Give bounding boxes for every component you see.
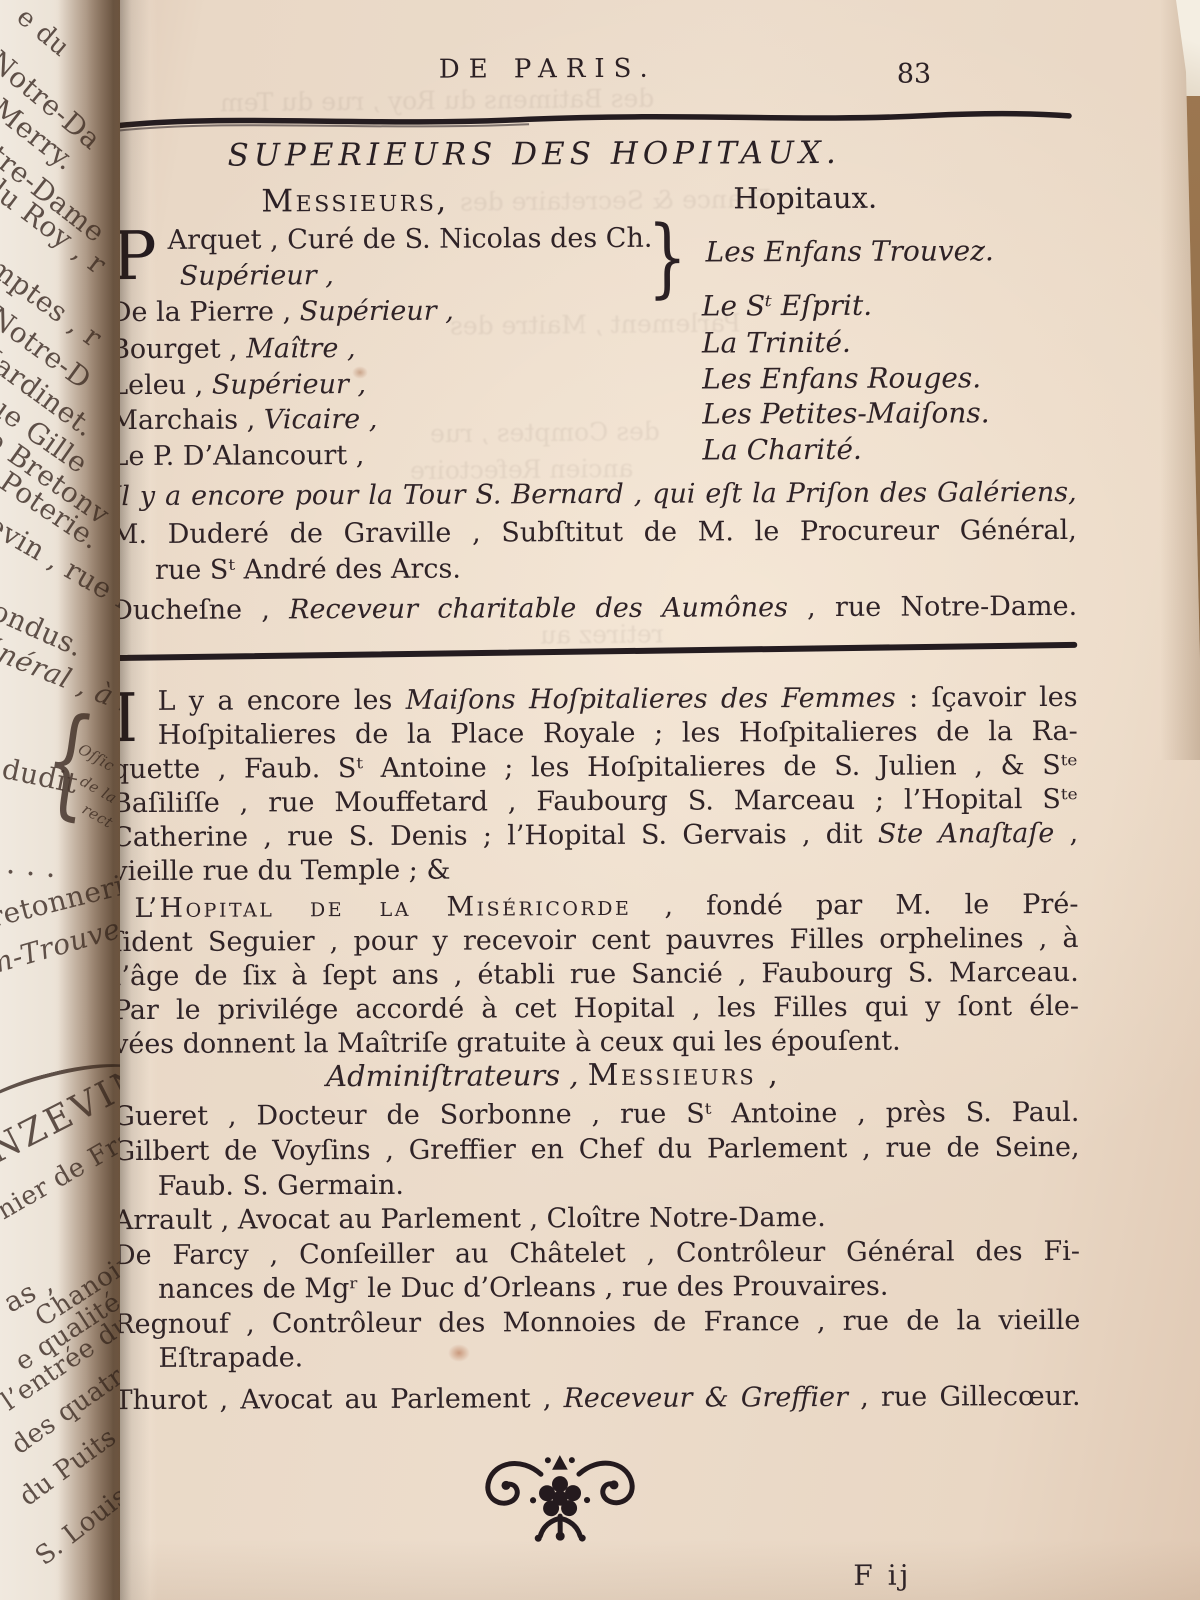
text-segment: Baſiliſſe , rue Mouffetard , Faubourg S.… bbox=[112, 784, 1078, 819]
book-page: des Batimens du Roy , rue du Tem France … bbox=[0, 0, 1200, 1600]
admin-heading: Adminiſtrateurs , Messieurs , bbox=[113, 1056, 993, 1095]
text-segment: vieille rue du Temple ; & bbox=[112, 855, 450, 887]
hospital-name: La Charité. bbox=[702, 433, 862, 467]
entry-name: Arquet , Curé de S. Nicolas des Ch. bbox=[167, 223, 652, 256]
section-rule bbox=[111, 640, 1077, 666]
admin-text: , rue Gillecœur. bbox=[848, 1381, 1081, 1413]
admin-text: Gueret , Docteur de Sorbonne , rue Sᵗ An… bbox=[113, 1097, 1079, 1132]
gathering-signature: F ij bbox=[853, 1559, 911, 1592]
paragraph-line: quette , Faub. Sᵗ Antoine ; les Hoſpital… bbox=[112, 749, 1078, 787]
admin-text-italic: Receveur & Greffier bbox=[563, 1382, 848, 1414]
column-header-messieurs: Messieurs, bbox=[261, 183, 448, 220]
entry-name: Leleu , bbox=[110, 370, 212, 401]
page-content: DE PARIS. 83 SUPERIEURS DES HOPITAUX. Me… bbox=[109, 0, 1082, 1600]
administrator-entry-cont: Eſtrapade. bbox=[114, 1341, 303, 1376]
entry-name: Le P. D’Alancourt , bbox=[110, 440, 364, 472]
paragraph-line: l’âge de ſix à ſept ans , établi rue San… bbox=[113, 956, 1079, 994]
person-name: Ducheſne , bbox=[111, 594, 289, 626]
entry-name: Bourget , bbox=[110, 334, 246, 366]
person-role: Receveur charitable des Aumônes bbox=[289, 592, 788, 625]
text-segment: , bbox=[1054, 818, 1078, 849]
text-segment: Par le privilége accordé à cet Hopital ,… bbox=[113, 991, 1079, 1026]
text-segment: L y a encore les bbox=[157, 685, 405, 717]
brace-glyph: } bbox=[647, 218, 687, 298]
text-segment: l’âge de ſix à ſept ans , établi rue San… bbox=[113, 957, 1079, 992]
facing-page-text: . . . bbox=[5, 846, 58, 885]
administrator-entry-cont: Faub. S. Germain. bbox=[114, 1169, 404, 1204]
text-segment: Hoſpitalieres de la Place Royale ; les H… bbox=[158, 716, 1078, 751]
note-tour-bernard: Il y a encore pour la Tour S. Bernard , … bbox=[111, 476, 1077, 514]
hospital-name: Les Petites-Maiſons. bbox=[702, 396, 989, 430]
paragraph-line: L’Hopital de la Miséricorde , fondé par … bbox=[112, 888, 1078, 926]
running-title: DE PARIS. bbox=[439, 54, 657, 85]
hospital-name: Le Sᵗ Eſprit. bbox=[702, 289, 872, 323]
admin-text: Gilbert de Voyſins , Greffier en Chef du… bbox=[113, 1132, 1079, 1167]
text-segment-italic: Ste Anaſtaſe bbox=[878, 818, 1055, 850]
text-segment: : ſçavoir les bbox=[896, 682, 1078, 714]
entry-role: Supérieur , bbox=[212, 369, 366, 401]
admin-text: Regnouf , Contrôleur des Monnoies de Fra… bbox=[114, 1305, 1080, 1340]
paragraph-line: L y a encore les Maiſons Hoſpitalieres d… bbox=[111, 681, 1077, 719]
text-segment: quette , Faub. Sᵗ Antoine ; les Hoſpital… bbox=[112, 750, 1078, 785]
paragraph-line: vieille rue du Temple ; & bbox=[112, 851, 1078, 889]
entry-role: Vicaire , bbox=[264, 404, 378, 435]
page-edge-shade bbox=[1160, 0, 1200, 760]
paragraph-line: Baſiliſſe , rue Mouffetard , Faubourg S.… bbox=[112, 783, 1078, 821]
note-address: rue Sᵗ André des Arcs. bbox=[111, 553, 461, 589]
administrator-entry: Arrault , Avocat au Parlement , Cloître … bbox=[114, 1200, 1080, 1238]
text-segment: ſident Seguier , pour y recevoir cent pa… bbox=[113, 923, 1079, 958]
facing-page-text: e du bbox=[11, 2, 76, 63]
entry-name: Marchais , bbox=[110, 404, 264, 436]
note-duchesne: Ducheſne , Receveur charitable des Aumôn… bbox=[111, 590, 1077, 628]
note-text: M. Duderé de Graville , Subſtitut de M. … bbox=[111, 515, 1077, 550]
book-photo: des Batimens du Roy , rue du Tem France … bbox=[0, 0, 1200, 1600]
entry-superior: Leleu , Supérieur , bbox=[110, 368, 366, 403]
admin-heading-italic: Adminiſtrateurs , bbox=[326, 1058, 588, 1093]
fleuron-ornament bbox=[475, 1448, 645, 1545]
administrator-entry: Gilbert de Voyſins , Greffier en Chef du… bbox=[113, 1131, 1079, 1169]
person-address: , rue Notre-Dame. bbox=[788, 591, 1077, 623]
hospital-name: Les Enfans Rouges. bbox=[702, 361, 981, 395]
section-title: SUPERIEURS DES HOPITAUX. bbox=[109, 134, 959, 174]
header-rule bbox=[109, 102, 1075, 136]
paragraph-line: Par le privilége accordé à cet Hopital ,… bbox=[113, 990, 1079, 1028]
paragraph-line: Hoſpitalieres de la Place Royale ; les H… bbox=[112, 715, 1078, 753]
facing-page-edge: e du Notre-Da Merry. otre-Dame du Roy , … bbox=[0, 0, 120, 1600]
text-segment: , fondé par M. le Pré- bbox=[631, 889, 1078, 922]
text-segment-smallcaps: L’Hopital de la Miséricorde bbox=[134, 891, 631, 924]
administrator-entry: Regnouf , Contrôleur des Monnoies de Fra… bbox=[114, 1304, 1080, 1342]
administrator-entry: Thurot , Avocat au Parlement , Receveur … bbox=[115, 1380, 1081, 1418]
entry-superior: Arquet , Curé de S. Nicolas des Ch. bbox=[167, 222, 652, 258]
admin-text: Arrault , Avocat au Parlement , Cloître … bbox=[114, 1202, 826, 1236]
entry-role: Supérieur , bbox=[180, 259, 334, 294]
entry-superior: Bourget , Maître , bbox=[110, 332, 356, 367]
entry-name: De la Pierre , bbox=[110, 296, 300, 328]
hospital-name: La Trinité. bbox=[702, 326, 851, 360]
admin-text: Thurot , Avocat au Parlement , bbox=[115, 1383, 564, 1416]
text-segment: vées donnent la Maîtriſe gratuite à ceux… bbox=[113, 1026, 901, 1060]
note-dudere: M. Duderé de Graville , Subſtitut de M. … bbox=[111, 514, 1077, 552]
administrator-entry: De Farcy , Conſeiller au Châtelet , Cont… bbox=[114, 1235, 1080, 1273]
admin-heading-caps: Messieurs , bbox=[588, 1057, 781, 1093]
entry-superior: De la Pierre , Supérieur , bbox=[110, 295, 454, 331]
entry-role: Supérieur , bbox=[300, 296, 454, 328]
note-text: Il y a encore pour la Tour S. Bernard , … bbox=[111, 477, 1077, 512]
entry-superior: Marchais , Vicaire , bbox=[110, 403, 377, 438]
entry-role: Maître , bbox=[246, 333, 355, 364]
administrator-entry-cont: nances de Mgʳ le Duc d’Orleans , rue des… bbox=[114, 1270, 888, 1307]
administrator-entry: Gueret , Docteur de Sorbonne , rue Sᵗ An… bbox=[113, 1096, 1079, 1134]
text-segment-italic: Maiſons Hoſpitalieres des Femmes bbox=[406, 683, 896, 716]
hospital-name: Les Enfans Trouvez. bbox=[706, 234, 994, 268]
text-segment: Catherine , rue S. Denis ; l’Hopital S. … bbox=[112, 819, 878, 853]
page-number: 83 bbox=[897, 59, 931, 90]
admin-text: De Farcy , Conſeiller au Châtelet , Cont… bbox=[114, 1236, 1080, 1271]
paragraph-line: Catherine , rue S. Denis ; l’Hopital S. … bbox=[112, 817, 1078, 855]
column-header-hopitaux: Hopitaux. bbox=[733, 181, 877, 216]
paragraph-line: ſident Seguier , pour y recevoir cent pa… bbox=[113, 922, 1079, 960]
entry-superior: Le P. D’Alancourt , bbox=[110, 439, 364, 474]
